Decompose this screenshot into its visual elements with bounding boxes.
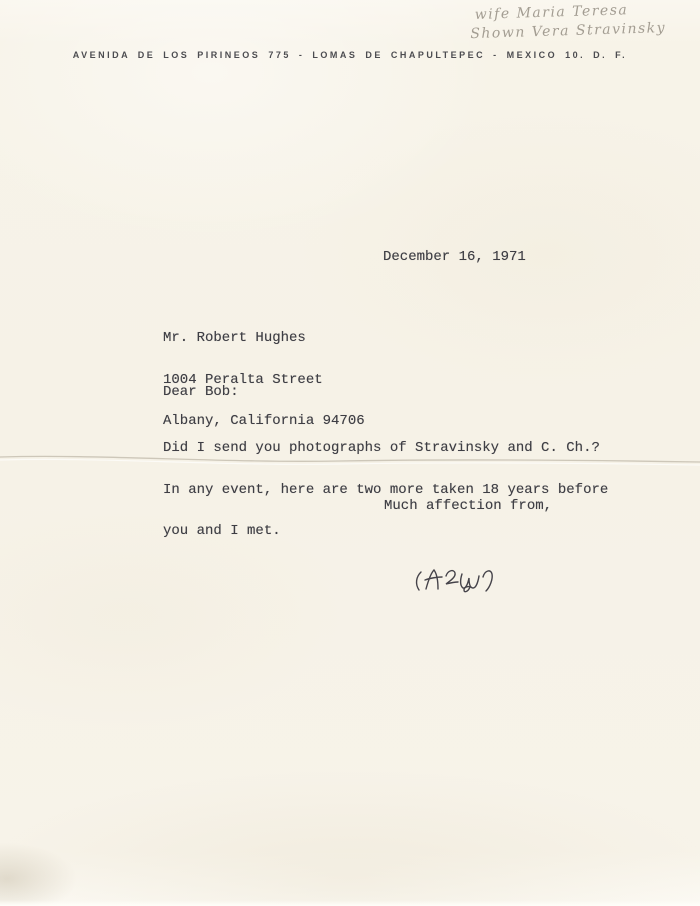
letter-page: wife Maria Teresa Shown Vera Stravinsky …	[0, 0, 700, 906]
signature-scrawl	[411, 564, 503, 600]
body-line-2: In any event, here are two more taken 18…	[163, 484, 608, 498]
date-line: December 16, 1971	[383, 251, 526, 265]
salutation: Dear Bob:	[163, 386, 239, 400]
body-line-1: Did I send you photographs of Stravinsky…	[163, 442, 608, 456]
scan-bottom-edge	[0, 900, 700, 906]
closing-line: Much affection from,	[384, 500, 552, 514]
handwritten-annotation: wife Maria Teresa Shown Vera Stravinsky	[474, 0, 666, 44]
body-line-3: you and I met.	[163, 525, 608, 539]
recipient-name: Mr. Robert Hughes	[163, 332, 365, 346]
letter-body: Did I send you photographs of Stravinsky…	[163, 414, 608, 567]
letterhead-address: AVENIDA DE LOS PIRINEOS 775 - LOMAS DE C…	[0, 50, 700, 60]
